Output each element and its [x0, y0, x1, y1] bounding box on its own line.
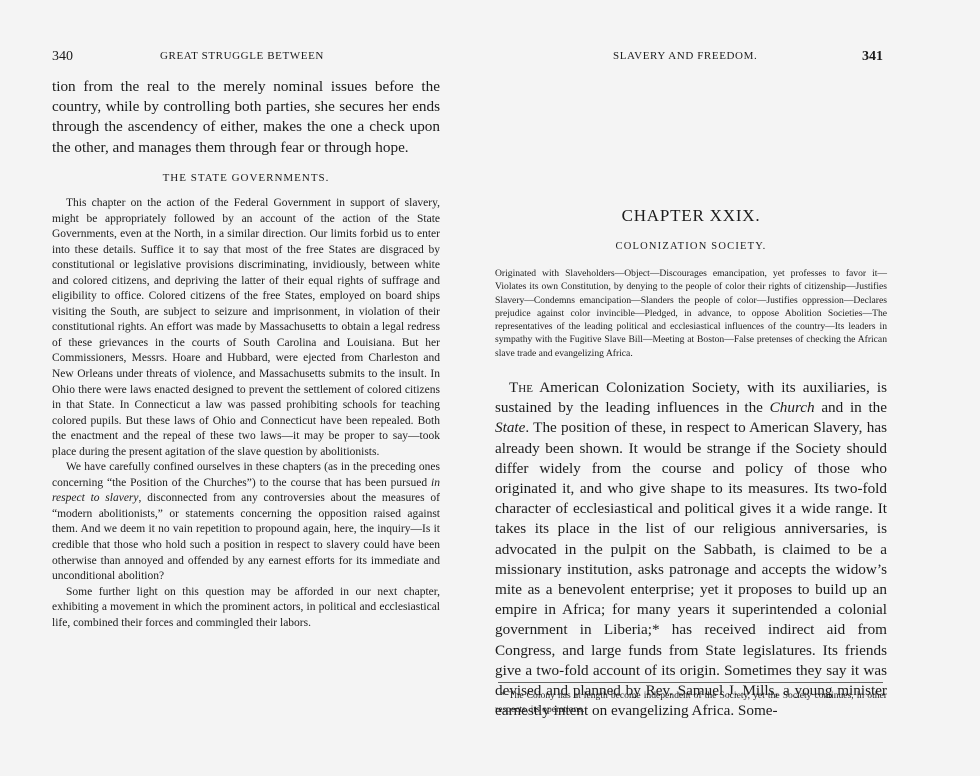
page-number-right: 341 — [862, 49, 883, 65]
paragraph-1: This chapter on the action of the Federa… — [52, 196, 440, 460]
chapter-synopsis: Originated with Slaveholders—Object—Disc… — [495, 267, 887, 360]
body-italic-state: State — [495, 419, 525, 436]
paragraph-3: Some further light on this question may … — [52, 585, 440, 632]
chapter-body: The American Colonization Society, with … — [495, 378, 887, 721]
footnote: * The Colony has at length become indepe… — [495, 689, 887, 716]
chapter-synopsis-wrap: Originated with Slaveholders—Object—Disc… — [495, 267, 887, 360]
body-italic-church: Church — [770, 399, 815, 416]
body-text-2: and in the — [815, 399, 887, 416]
section-heading: THE STATE GOVERNMENTS. — [52, 172, 440, 184]
section-heading-wrap: THE STATE GOVERNMENTS. — [52, 172, 440, 184]
footnote-divider — [498, 682, 883, 683]
paragraph-2: We have carefully confined ourselves in … — [52, 460, 440, 584]
paragraph-2-text-b: , disconnected from any controversies ab… — [52, 492, 440, 582]
footnote-wrap: * The Colony has at length become indepe… — [495, 689, 887, 716]
chapter-title-wrap: CHAPTER XXIX. — [495, 206, 887, 226]
chapter-subtitle-wrap: COLONIZATION SOCIETY. — [495, 241, 887, 252]
section-body: This chapter on the action of the Federa… — [52, 196, 440, 631]
running-head-left: GREAT STRUGGLE BETWEEN — [160, 50, 324, 62]
chapter-subtitle: COLONIZATION SOCIETY. — [495, 241, 887, 252]
paragraph-2-text-a: We have carefully confined ourselves in … — [52, 461, 440, 489]
body-text-3: . The position of these, in respect to A… — [495, 419, 887, 719]
left-page: 340 GREAT STRUGGLE BETWEEN tion from the… — [0, 0, 490, 776]
chapter-title: CHAPTER XXIX. — [495, 206, 887, 226]
chapter-paragraph-1: The American Colonization Society, with … — [495, 378, 887, 721]
left-text-column: tion from the real to the merely nominal… — [52, 77, 440, 158]
continued-paragraph: tion from the real to the merely nominal… — [52, 77, 440, 158]
drop-word: The — [509, 379, 533, 396]
page-number-left: 340 — [52, 49, 73, 65]
right-page: SLAVERY AND FREEDOM. 341 CHAPTER XXIX. C… — [490, 0, 980, 776]
running-head-right: SLAVERY AND FREEDOM. — [613, 50, 757, 62]
